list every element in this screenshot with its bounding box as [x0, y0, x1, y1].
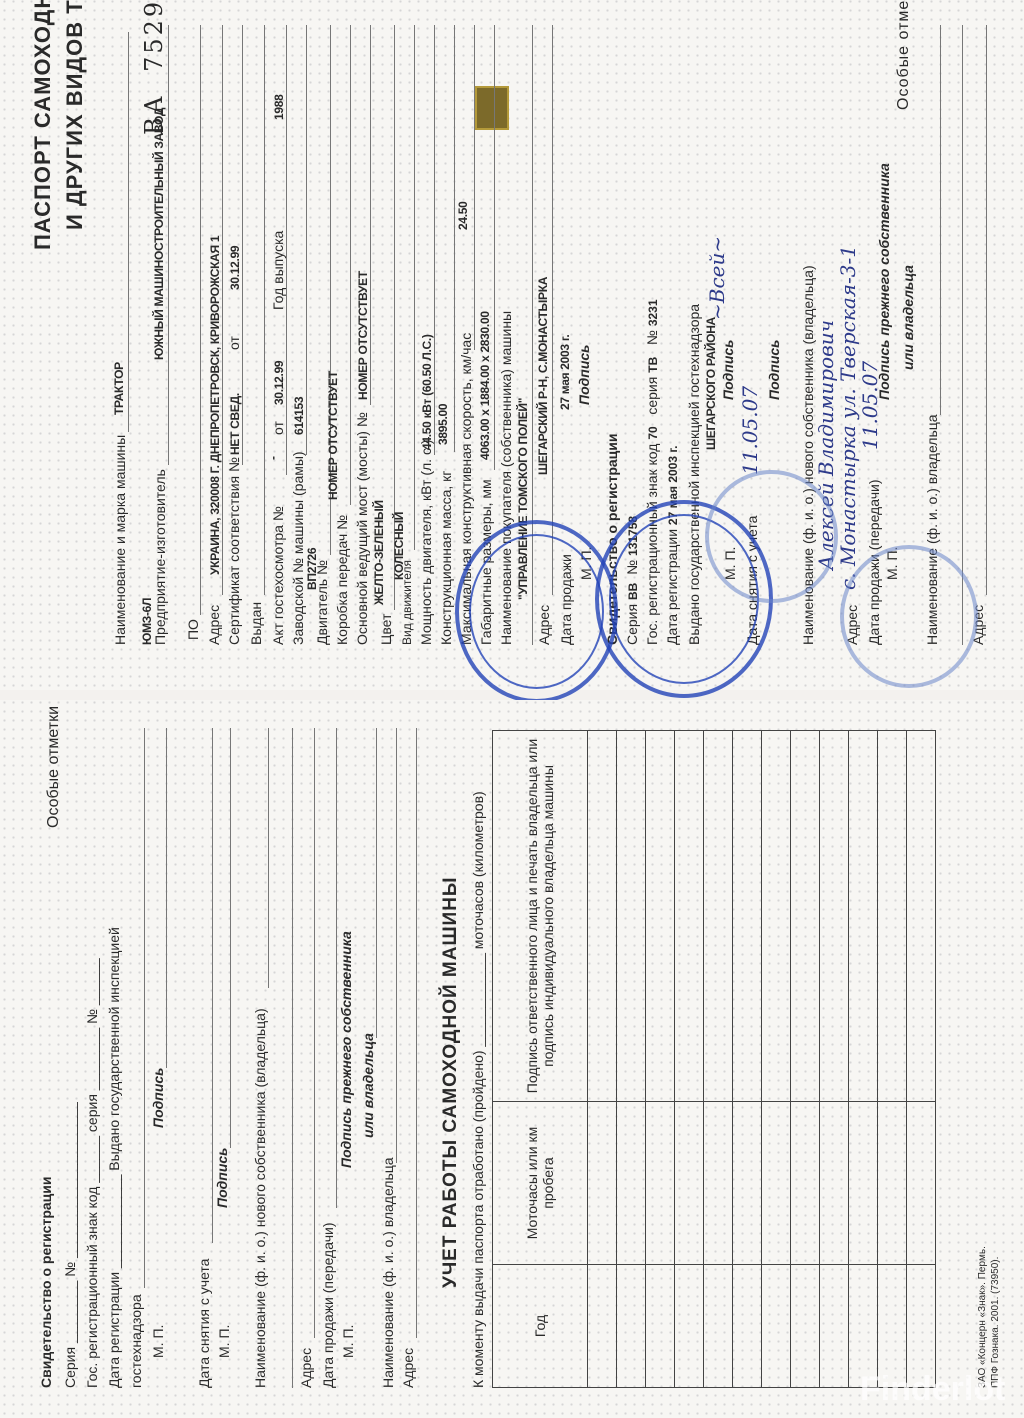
- work-log-row: [646, 731, 675, 1388]
- col-signature: Подпись ответственного лица и печать вла…: [493, 731, 588, 1102]
- left-reg-signature: Подпись: [150, 1068, 166, 1128]
- left-reg-mp: М. П.: [150, 1325, 166, 1358]
- work-log-row: [733, 731, 762, 1388]
- hologram-icon: [475, 86, 509, 130]
- left-reg-series-row: Серия ________ № ____________________: [62, 1102, 78, 1388]
- inspection-act-label: Акт гостехосмотра №: [270, 506, 286, 645]
- page-title-line2: И ДРУГИХ ВИДОВ ТЕХНИКИ: [62, 0, 88, 230]
- sale-date-value: 27 мая 2003 г.: [558, 335, 572, 410]
- axle-value: НОМЕР ОТСУТСТВУЕТ: [356, 271, 370, 400]
- left-new-owner-label: Наименование (ф. и. о.) нового собственн…: [252, 1008, 268, 1388]
- mass-value: 3895.00: [436, 404, 450, 445]
- color-value: ЖЕЛТО-ЗЕЛЕНЫЙ: [372, 500, 386, 605]
- name-brand-value: ТРАКТОР: [112, 362, 126, 415]
- certificate-date: 30.12.99: [228, 246, 242, 290]
- work-log-title: УЧЕТ РАБОТЫ САМОХОДНОЙ МАШИНЫ: [440, 876, 462, 1288]
- official-stamp-4: [840, 545, 978, 688]
- imprint-line-1: ЗАО «Концерн «Знак». Пермь.: [977, 1246, 988, 1388]
- name-brand-label: Наименование и марка машины: [112, 435, 128, 645]
- work-log-row: [791, 731, 820, 1388]
- propulsion-label: Вид движителя: [400, 560, 414, 645]
- imprint-line-2: ППФ Гознака. 2001. (73950).: [990, 1257, 1001, 1388]
- power-value: 44.50 кВт (60.50 Л.С.): [420, 334, 434, 450]
- gearbox-label: Коробка передач №: [334, 515, 350, 645]
- work-log-row: [820, 731, 849, 1388]
- left-owner-name: Наименование (ф. и. о.) владельца: [380, 1157, 396, 1388]
- inspection-from-label: от: [270, 421, 286, 435]
- official-stamp-3: [705, 470, 838, 603]
- left-sale-date-label: Дата продажи (передачи): [320, 1223, 336, 1388]
- certificate-from-label: от: [226, 336, 242, 350]
- dimensions-value: 4063.00 x 1884.00 x 2830.00: [478, 311, 492, 460]
- mass-label: Конструкционная масса, кг: [438, 471, 454, 645]
- work-log-subtitle: К моменту выдачи паспорта отработано (пр…: [470, 791, 486, 1388]
- left-reg-issued-by-2: гостехнадзора: [128, 1294, 144, 1388]
- work-log-row: [762, 731, 791, 1388]
- axle-label: Основной ведущий мост (мосты) №: [354, 412, 370, 645]
- left-prev-sig-1: Подпись прежнего собственника: [338, 931, 354, 1168]
- po-label: ПО: [185, 619, 201, 640]
- power-label: Мощность двигателя, кВт (л. с.): [418, 439, 434, 645]
- certificate-value: НЕТ СВЕД.: [228, 393, 242, 455]
- left-sale-mp: М. П.: [340, 1325, 356, 1358]
- left-dereg-signature: Подпись: [214, 1148, 230, 1208]
- color-label: Цвет: [378, 614, 394, 645]
- col-hours: Моточасы или км пробега: [493, 1102, 588, 1265]
- address-value: УКРАИНА, 320008 Г. ДНЕПРОПЕТРОВСК, КРИВО…: [208, 236, 222, 575]
- official-stamp-1: [455, 520, 618, 703]
- inspection-act-value: -: [266, 456, 280, 460]
- manufacturer-label: Предприятие-изготовитель: [152, 469, 168, 645]
- left-special-marks: Особые отметки: [45, 706, 63, 828]
- buyer-address-value: ШЕГАРСКИЙ Р-Н, С.МОНАСТЫРКА: [536, 277, 550, 475]
- gearbox-value: НОМЕР ОТСУТСТВУЕТ: [326, 371, 340, 500]
- speed-value: 24.50: [456, 201, 470, 230]
- year-value: 1988: [272, 95, 286, 121]
- certificate-label: Сертификат соответствия №: [226, 457, 242, 645]
- work-log-row: [878, 731, 907, 1388]
- factory-no-label: Заводской № машины (рамы): [290, 451, 306, 645]
- inspection-date: 30.12.99: [272, 361, 286, 405]
- left-reg-plate-row: Гос. регистрационный знак код ______ сер…: [84, 958, 100, 1388]
- left-new-owner-address: Адрес: [298, 1348, 314, 1388]
- page-title-line1: ПАСПОРТ САМОХОДНОЙ МАШИНЫ: [30, 0, 56, 250]
- left-dereg-mp: М. П.: [216, 1325, 232, 1358]
- factory-no-value: 614153: [292, 397, 306, 435]
- year-label: Год выпуска: [270, 231, 286, 310]
- work-log-row: [617, 731, 646, 1388]
- left-reg-heading: Свидетельство о регистрации: [38, 1177, 54, 1388]
- engine-label: Двигатель №: [314, 560, 330, 645]
- passport-left-page: Свидетельство о регистрации Серия ______…: [0, 700, 1024, 1418]
- work-log-table: Год Моточасы или км пробега Подпись отве…: [492, 730, 936, 1388]
- work-log-row: [675, 731, 704, 1388]
- work-log-row: [588, 731, 617, 1388]
- issued-label: Выдан: [248, 602, 264, 645]
- manufacturer-value: ЮЖНЫЙ МАШИНОСТРОИТЕЛЬНЫЙ ЗАВОД: [152, 108, 166, 360]
- address-label: Адрес: [206, 605, 222, 645]
- left-owner-address: Адрес: [400, 1348, 416, 1388]
- left-reg-date-row: Дата регистрации ____________ Выдано гос…: [106, 927, 122, 1388]
- signature-label: Подпись: [576, 345, 592, 405]
- watermark: Finderlot: [860, 1370, 1005, 1409]
- left-dereg-label: Дата снятия с учета: [196, 1259, 212, 1388]
- work-log-row: [704, 731, 733, 1388]
- work-log-row: [849, 731, 878, 1388]
- col-year: Год: [493, 1265, 588, 1388]
- work-log-row: [907, 731, 936, 1388]
- left-prev-sig-2: или владельца: [360, 1033, 376, 1138]
